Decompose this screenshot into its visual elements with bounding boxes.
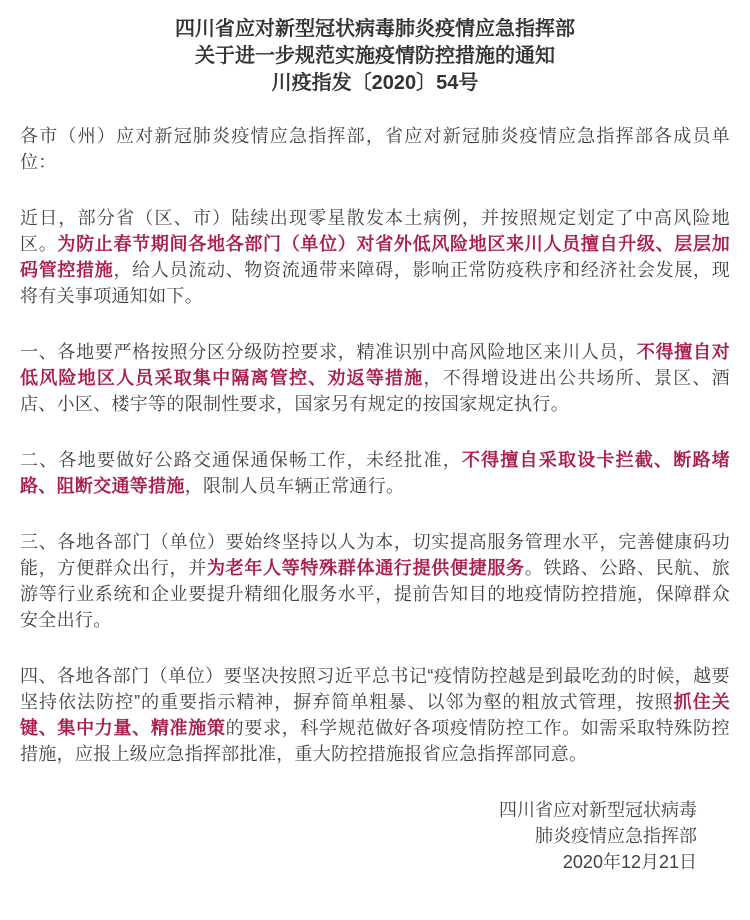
paragraph-text: 一、各地要严格按照分区分级防控要求，精准识别中高风险地区来川人员，	[20, 342, 637, 362]
paragraph-text: ，限制人员车辆正常通行。	[185, 476, 405, 496]
item-4-paragraph: 四、各地各部门（单位）要坚决按照习近平总书记“疫情防控越是到最吃劲的时候，越要坚…	[20, 663, 730, 767]
signature-line-2: 肺炎疫情应急指挥部	[20, 823, 697, 849]
paragraph-text: 各市（州）应对新冠肺炎疫情应急指挥部，省应对新冠肺炎疫情应急指挥部各成员单位：	[20, 126, 730, 172]
item-3-paragraph: 三、各地各部门（单位）要始终坚持以人为本，切实提高服务管理水平，完善健康码功能，…	[20, 529, 730, 633]
intro-paragraph: 近日，部分省（区、市）陆续出现零星散发本土病例，并按照规定划定了中高风险地区。为…	[20, 205, 730, 309]
paragraph-text: 二、各地要做好公路交通保通保畅工作，未经批准，	[20, 450, 462, 470]
document-title-line-1: 四川省应对新型冠状病毒肺炎疫情应急指挥部	[20, 16, 730, 43]
emphasis-text: 为老年人等特殊群体通行提供便捷服务	[207, 558, 525, 578]
item-1-paragraph: 一、各地要严格按照分区分级防控要求，精准识别中高风险地区来川人员，不得擅自对低风…	[20, 339, 730, 417]
signature-line-1: 四川省应对新型冠状病毒	[20, 797, 697, 823]
document-title-line-2: 关于进一步规范实施疫情防控措施的通知	[20, 43, 730, 70]
paragraph-text: ，给人员流动、物资流通带来障碍，影响正常防疫秩序和经济社会发展，现将有关事项通知…	[20, 260, 730, 306]
signature-block: 四川省应对新型冠状病毒 肺炎疫情应急指挥部 2020年12月21日	[20, 797, 730, 875]
salutation-paragraph: 各市（州）应对新冠肺炎疫情应急指挥部，省应对新冠肺炎疫情应急指挥部各成员单位：	[20, 123, 730, 175]
document-doc-number: 川疫指发〔2020〕54号	[20, 70, 730, 97]
document-title: 四川省应对新型冠状病毒肺炎疫情应急指挥部 关于进一步规范实施疫情防控措施的通知 …	[20, 16, 730, 97]
paragraph-text: 四、各地各部门（单位）要坚决按照习近平总书记“疫情防控越是到最吃劲的时候，越要坚…	[20, 666, 730, 712]
signature-date: 2020年12月21日	[20, 849, 697, 875]
document-body: 各市（州）应对新冠肺炎疫情应急指挥部，省应对新冠肺炎疫情应急指挥部各成员单位：近…	[20, 123, 730, 767]
item-2-paragraph: 二、各地要做好公路交通保通保畅工作，未经批准，不得擅自采取设卡拦截、断路堵路、阻…	[20, 447, 730, 499]
notice-document: 四川省应对新型冠状病毒肺炎疫情应急指挥部 关于进一步规范实施疫情防控措施的通知 …	[0, 0, 750, 875]
